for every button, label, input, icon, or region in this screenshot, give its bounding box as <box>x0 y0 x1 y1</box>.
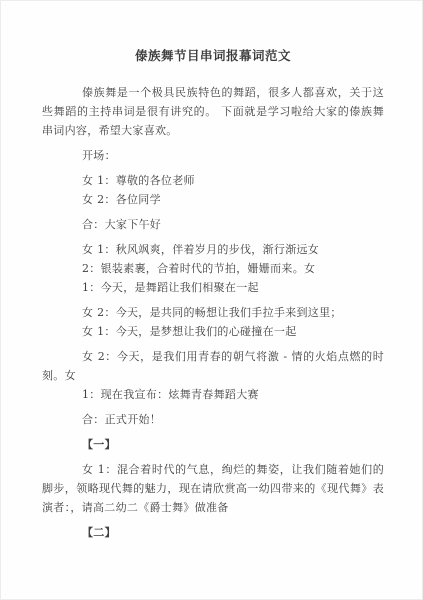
dialogue-line: 女 2：今天，是共同的畅想让我们手拉手来到这里； <box>42 303 384 322</box>
dialogue-line: 女 1：尊敬的各位老师 <box>42 171 384 190</box>
document-title: 傣族舞节目串词报幕词范文 <box>42 45 384 67</box>
dialogue-line: 2：银装素裹，合着时代的节拍，姗姗而来。女 <box>42 259 384 278</box>
dialogue-line: 女 1：混合着时代的气息，绚烂的舞姿，让我们随着她们的脚步，领略现代舞的魅力，现… <box>42 460 384 517</box>
dialogue-line: 合：大家下午好 <box>42 215 384 234</box>
dialogue-line: 女 2：各位同学 <box>42 190 384 209</box>
dialogue-line: 女 2：今天，是我们用青春的朝气将激 - 情的火焰点燃的时刻。女 <box>42 347 384 385</box>
document-page: 傣族舞节目串词报幕词范文 傣族舞是一个极具民族特色的舞蹈，很多人都喜欢，关于这些… <box>0 0 423 600</box>
section-marker-1: 【一】 <box>42 435 384 454</box>
dialogue-line: 1：今天，是舞蹈让我们相聚在一起 <box>42 278 384 297</box>
intro-paragraph: 傣族舞是一个极具民族特色的舞蹈，很多人都喜欢，关于这些舞蹈的主持串词是很有讲究的… <box>42 83 384 140</box>
dialogue-line: 女 1：秋风飒爽，伴着岁月的步伐，渐行渐远女 <box>42 240 384 259</box>
opening-label: 开场： <box>42 146 384 165</box>
section-marker-2: 【二】 <box>42 523 384 542</box>
dialogue-line: 合：正式开始！ <box>42 410 384 429</box>
dialogue-line: 1：现在我宣布：炫舞青春舞蹈大赛 <box>42 385 384 404</box>
dialogue-line: 女 1：今天，是梦想让我们的心碰撞在一起 <box>42 322 384 341</box>
